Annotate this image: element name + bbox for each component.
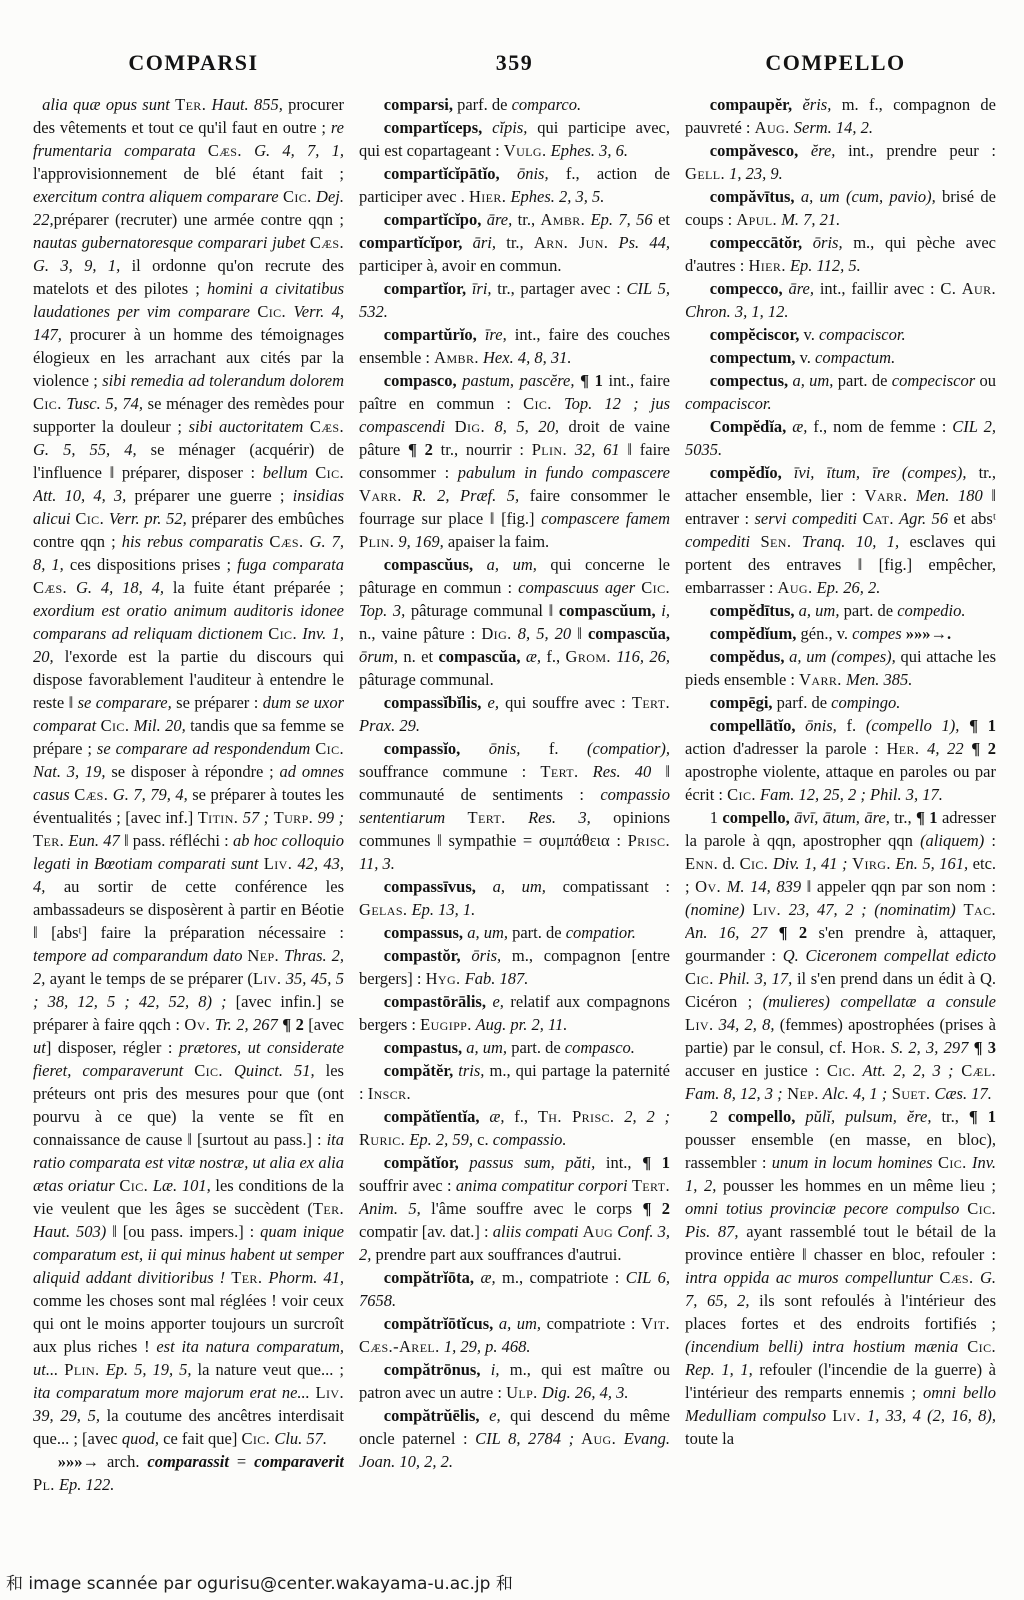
dictionary-entry: »»»→ arch. comparassit = comparaverit Pl… xyxy=(33,1450,344,1496)
dictionary-entry: compecco, āre, int., faillir avec : C. A… xyxy=(685,277,996,323)
text-column-3: compaupĕr, ĕris, m. f., compagnon de pau… xyxy=(685,93,996,1555)
text-column-2: comparsi, parf. de comparco.compartĭceps… xyxy=(359,93,670,1555)
dictionary-entry: compascŭus, a, um, qui concerne le pâtur… xyxy=(359,553,670,691)
dictionary-entry: alia quæ opus sunt Ter. Haut. 855, procu… xyxy=(33,93,344,1450)
dictionary-entry: compassīvus, a, um, compatissant : Gelas… xyxy=(359,875,670,921)
dictionary-entry: compectus, a, um, part. de compeciscor o… xyxy=(685,369,996,415)
dictionary-entry: compĕciscor, v. compaciscor. xyxy=(685,323,996,346)
dictionary-entry: compĕdus, a, um (compes), qui attache le… xyxy=(685,645,996,691)
dictionary-entry: compeccātŏr, ōris, m., qui pèche avec d'… xyxy=(685,231,996,277)
page-header: COMPARSI 359 COMPELLO xyxy=(33,50,996,76)
header-right-keyword: COMPELLO xyxy=(675,50,996,76)
dictionary-entry: 1 compello, āvī, ātum, āre, tr., ¶ 1 adr… xyxy=(685,806,996,1105)
dictionary-entry: compectum, v. compactum. xyxy=(685,346,996,369)
dictionary-entry: compassus, a, um, part. de compatior. xyxy=(359,921,670,944)
dictionary-entry: compătrĭōta, æ, m., compatriote : CIL 6,… xyxy=(359,1266,670,1312)
dictionary-entry: comparsi, parf. de comparco. xyxy=(359,93,670,116)
dictionary-entry: compellātĭo, ōnis, f. (compello 1), ¶ 1 … xyxy=(685,714,996,806)
dictionary-entry: compastus, a, um, part. de compasco. xyxy=(359,1036,670,1059)
header-left-keyword: COMPARSI xyxy=(33,50,354,76)
dictionary-entry: compĕdĭo, īvi, ītum, īre (compes), tr., … xyxy=(685,461,996,599)
dictionary-entry: compăvesco, ĕre, int., prendre peur : Ge… xyxy=(685,139,996,185)
dictionary-entry: compartŭrĭo, īre, int., faire des couche… xyxy=(359,323,670,369)
text-column-1: alia quæ opus sunt Ter. Haut. 855, procu… xyxy=(33,93,344,1555)
text-columns: alia quæ opus sunt Ter. Haut. 855, procu… xyxy=(33,93,996,1555)
dictionary-entry: compartĭcĭpātĭo, ōnis, f., action de par… xyxy=(359,162,670,208)
dictionary-entry: compaupĕr, ĕris, m. f., compagnon de pau… xyxy=(685,93,996,139)
dictionary-page: COMPARSI 359 COMPELLO alia quæ opus sunt… xyxy=(0,0,1024,1600)
dictionary-entry: compartĭceps, cĭpis, qui participe avec,… xyxy=(359,116,670,162)
dictionary-entry: compassĭbĭlis, e, qui souffre avec : Ter… xyxy=(359,691,670,737)
dictionary-entry: compătrōnus, i, m., qui est maître ou pa… xyxy=(359,1358,670,1404)
dictionary-entry: compătĭentĭa, æ, f., Th. Prisc. 2, 2 ; R… xyxy=(359,1105,670,1151)
dictionary-entry: compastōrālis, e, relatif aux compagnons… xyxy=(359,990,670,1036)
dictionary-entry: compătĭor, passus sum, păti, int., ¶ 1 s… xyxy=(359,1151,670,1266)
dictionary-entry: compăvītus, a, um (cum, pavio), brisé de… xyxy=(685,185,996,231)
scan-credit: 和 image scannée par ogurisu@center.wakay… xyxy=(6,1569,513,1594)
dictionary-entry: compătrĭōtĭcus, a, um, compatriote : Vit… xyxy=(359,1312,670,1358)
dictionary-entry: compĕdītus, a, um, part. de compedio. xyxy=(685,599,996,622)
dictionary-entry: compēgi, parf. de compingo. xyxy=(685,691,996,714)
dictionary-entry: compartĭcĭpo, āre, tr., Ambr. Ep. 7, 56 … xyxy=(359,208,670,277)
dictionary-entry: 2 compello, pŭlĭ, pulsum, ĕre, tr., ¶ 1 … xyxy=(685,1105,996,1450)
dictionary-entry: compătrŭēlis, e, qui descend du même onc… xyxy=(359,1404,670,1473)
dictionary-entry: compartĭor, īri, tr., partager avec : CI… xyxy=(359,277,670,323)
dictionary-entry: compasco, pastum, pascĕre, ¶ 1 int., fai… xyxy=(359,369,670,553)
page-number: 359 xyxy=(354,50,675,76)
dictionary-entry: Compĕdĭa, æ, f., nom de femme : CIL 2, 5… xyxy=(685,415,996,461)
dictionary-entry: compassĭo, ōnis, f. (compatior), souffra… xyxy=(359,737,670,875)
dictionary-entry: compătĕr, tris, m., qui partage la pater… xyxy=(359,1059,670,1105)
dictionary-entry: compastŏr, ōris, m., compagnon [entre be… xyxy=(359,944,670,990)
dictionary-entry: compĕdĭum, gén., v. compes »»»→. xyxy=(685,622,996,645)
